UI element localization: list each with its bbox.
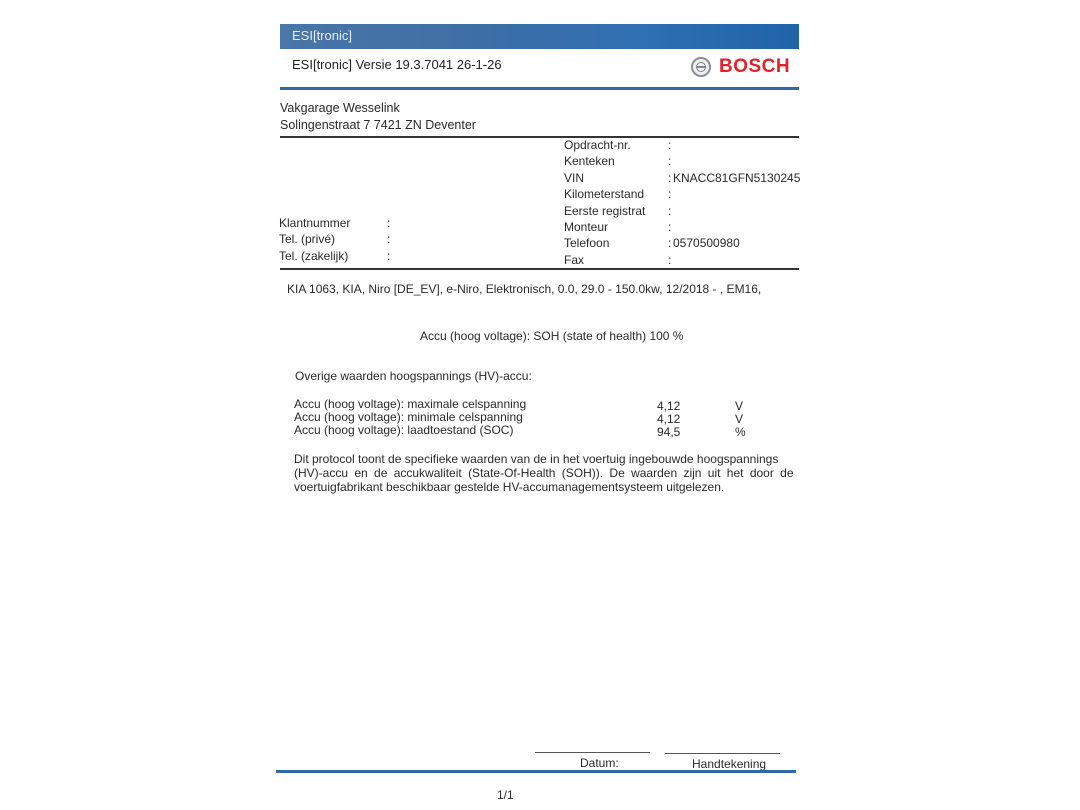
garage-address: Solingenstraat 7 7421 ZN Deventer	[280, 118, 476, 132]
measurement-unit: %	[735, 425, 746, 439]
description-line-1: Dit protocol toont de specifieke waarden…	[294, 452, 778, 466]
section-divider-top	[280, 136, 799, 138]
order-field-separator: :	[668, 187, 671, 201]
order-field-label: Kenteken	[564, 154, 615, 168]
description-line-2: (HV)-accu en de accukwaliteit (State-Of-…	[294, 466, 794, 480]
measurement-value: 4,12	[657, 412, 680, 426]
order-field-separator: :	[668, 220, 671, 234]
customer-field-separator: :	[387, 249, 390, 263]
soh-line: Accu (hoog voltage): SOH (state of healt…	[420, 329, 683, 343]
description-line-3: voertuigfabrikant beschikbaar gestelde H…	[294, 480, 724, 494]
order-field-separator: :	[668, 253, 671, 267]
measurement-value: 94,5	[657, 425, 680, 439]
header-bar-title: ESI[tronic]	[292, 28, 352, 43]
order-field-label: Kilometerstand	[564, 187, 644, 201]
order-field-label: Telefoon	[564, 236, 609, 250]
measurement-value: 4,12	[657, 399, 680, 413]
measurement-label: Accu (hoog voltage): maximale celspannin…	[294, 397, 526, 411]
order-field-value: 0570500980	[673, 236, 740, 250]
date-signature-line	[535, 752, 650, 753]
bosch-logo: BOSCH	[691, 56, 790, 78]
order-field-separator: :	[668, 204, 671, 218]
measurement-unit: V	[735, 399, 743, 413]
order-field-label: Eerste registrat	[564, 204, 645, 218]
customer-field-label: Tel. (zakelijk)	[279, 249, 348, 263]
order-field-label: Opdracht-nr.	[564, 138, 631, 152]
measurement-label: Accu (hoog voltage): laadtoestand (SOC)	[294, 423, 513, 437]
customer-field-label: Klantnummer	[279, 216, 350, 230]
section-divider-bottom	[280, 268, 799, 270]
version-line: ESI[tronic] Versie 19.3.7041 26-1-26	[292, 57, 502, 72]
measurement-label: Accu (hoog voltage): minimale celspannin…	[294, 410, 523, 424]
signature-label: Handtekening	[692, 757, 766, 771]
order-field-value: KNACC81GFN5130245	[673, 171, 800, 185]
order-field-label: Monteur	[564, 220, 608, 234]
order-field-label: Fax	[564, 253, 584, 267]
date-label: Datum:	[580, 756, 619, 770]
vehicle-description: KIA 1063, KIA, Niro [DE_EV], e-Niro, Ele…	[287, 282, 761, 296]
customer-field-separator: :	[387, 232, 390, 246]
order-field-separator: :	[668, 236, 671, 250]
order-field-separator: :	[668, 154, 671, 168]
brand-name: BOSCH	[719, 56, 790, 78]
garage-name: Vakgarage Wesselink	[280, 101, 400, 115]
signature-line	[665, 753, 780, 754]
order-field-label: VIN	[564, 171, 584, 185]
other-values-title: Overige waarden hoogspannings (HV)-accu:	[295, 369, 532, 383]
header-bar: ESI[tronic]	[280, 24, 799, 49]
measurement-unit: V	[735, 412, 743, 426]
order-field-separator: :	[668, 171, 671, 185]
bosch-armature-icon	[691, 57, 711, 77]
header-divider	[280, 87, 799, 90]
order-field-separator: :	[668, 138, 671, 152]
footer-divider	[276, 770, 796, 773]
page-number: 1/1	[497, 788, 514, 802]
customer-field-separator: :	[387, 216, 390, 230]
customer-field-label: Tel. (privé)	[279, 232, 335, 246]
